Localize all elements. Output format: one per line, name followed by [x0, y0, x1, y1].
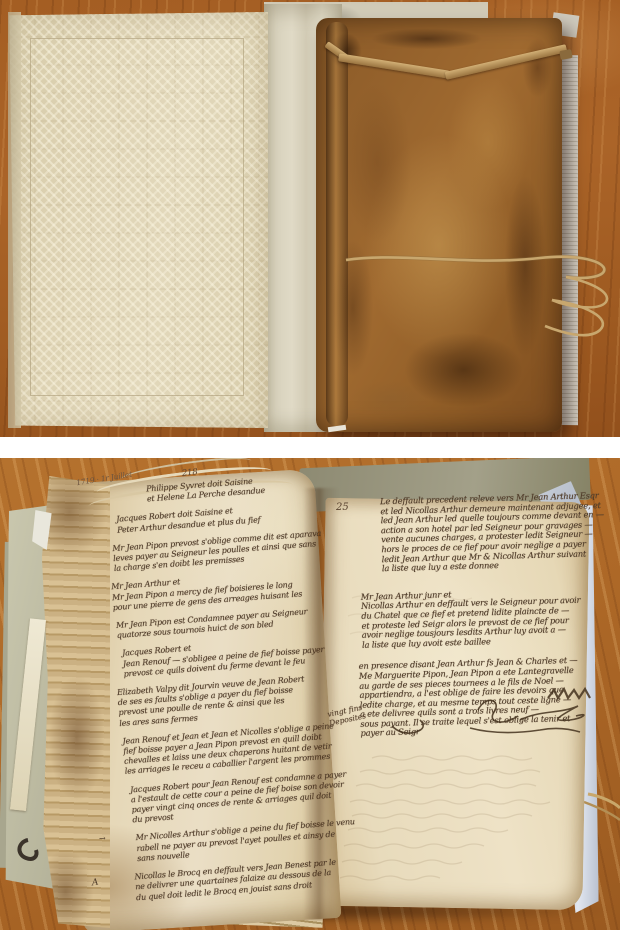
photo-collage: 1719 · 1r Juillet 218 Philippe Syvret do… [0, 0, 620, 930]
leather-cover [316, 18, 562, 432]
margin-letter-mark: A [91, 878, 99, 889]
left-page-text: Philippe Syvret doit Saisineet Helene La… [98, 470, 378, 912]
manuscript-paragraph: Mr Jean Arthur junr etNicollas Arthur en… [361, 586, 599, 650]
manuscript-paragraph: Nicollas le Brocq en deffault vers Jean … [134, 855, 378, 903]
right-page-text: Le deffault precedent releve vers Mr Jea… [352, 491, 601, 739]
page-number: 25 [336, 502, 349, 513]
margin-arrow-mark: → [99, 834, 106, 844]
cover-spine-edge [8, 12, 21, 428]
manuscript-paragraph: Le deffault precedent releve vers Mr Jea… [380, 491, 596, 574]
photo-open-manuscript: 1719 · 1r Juillet 218 Philippe Syvret do… [0, 458, 620, 930]
leather-spine-band [326, 22, 348, 426]
cover-pattern-frame [30, 38, 244, 396]
manuscript-paragraph: en presence disant Jean Arthur fs Jean &… [359, 655, 601, 738]
header-mark: 218 [182, 467, 199, 479]
photo-closed-books [0, 0, 620, 437]
manuscript-paragraph: Jean Renouf et Jean et Jean et Nicolles … [122, 719, 368, 778]
photo-divider [0, 437, 620, 458]
manuscript-paragraph: Jacques Robert pour Jean Renouf est cond… [130, 768, 372, 826]
